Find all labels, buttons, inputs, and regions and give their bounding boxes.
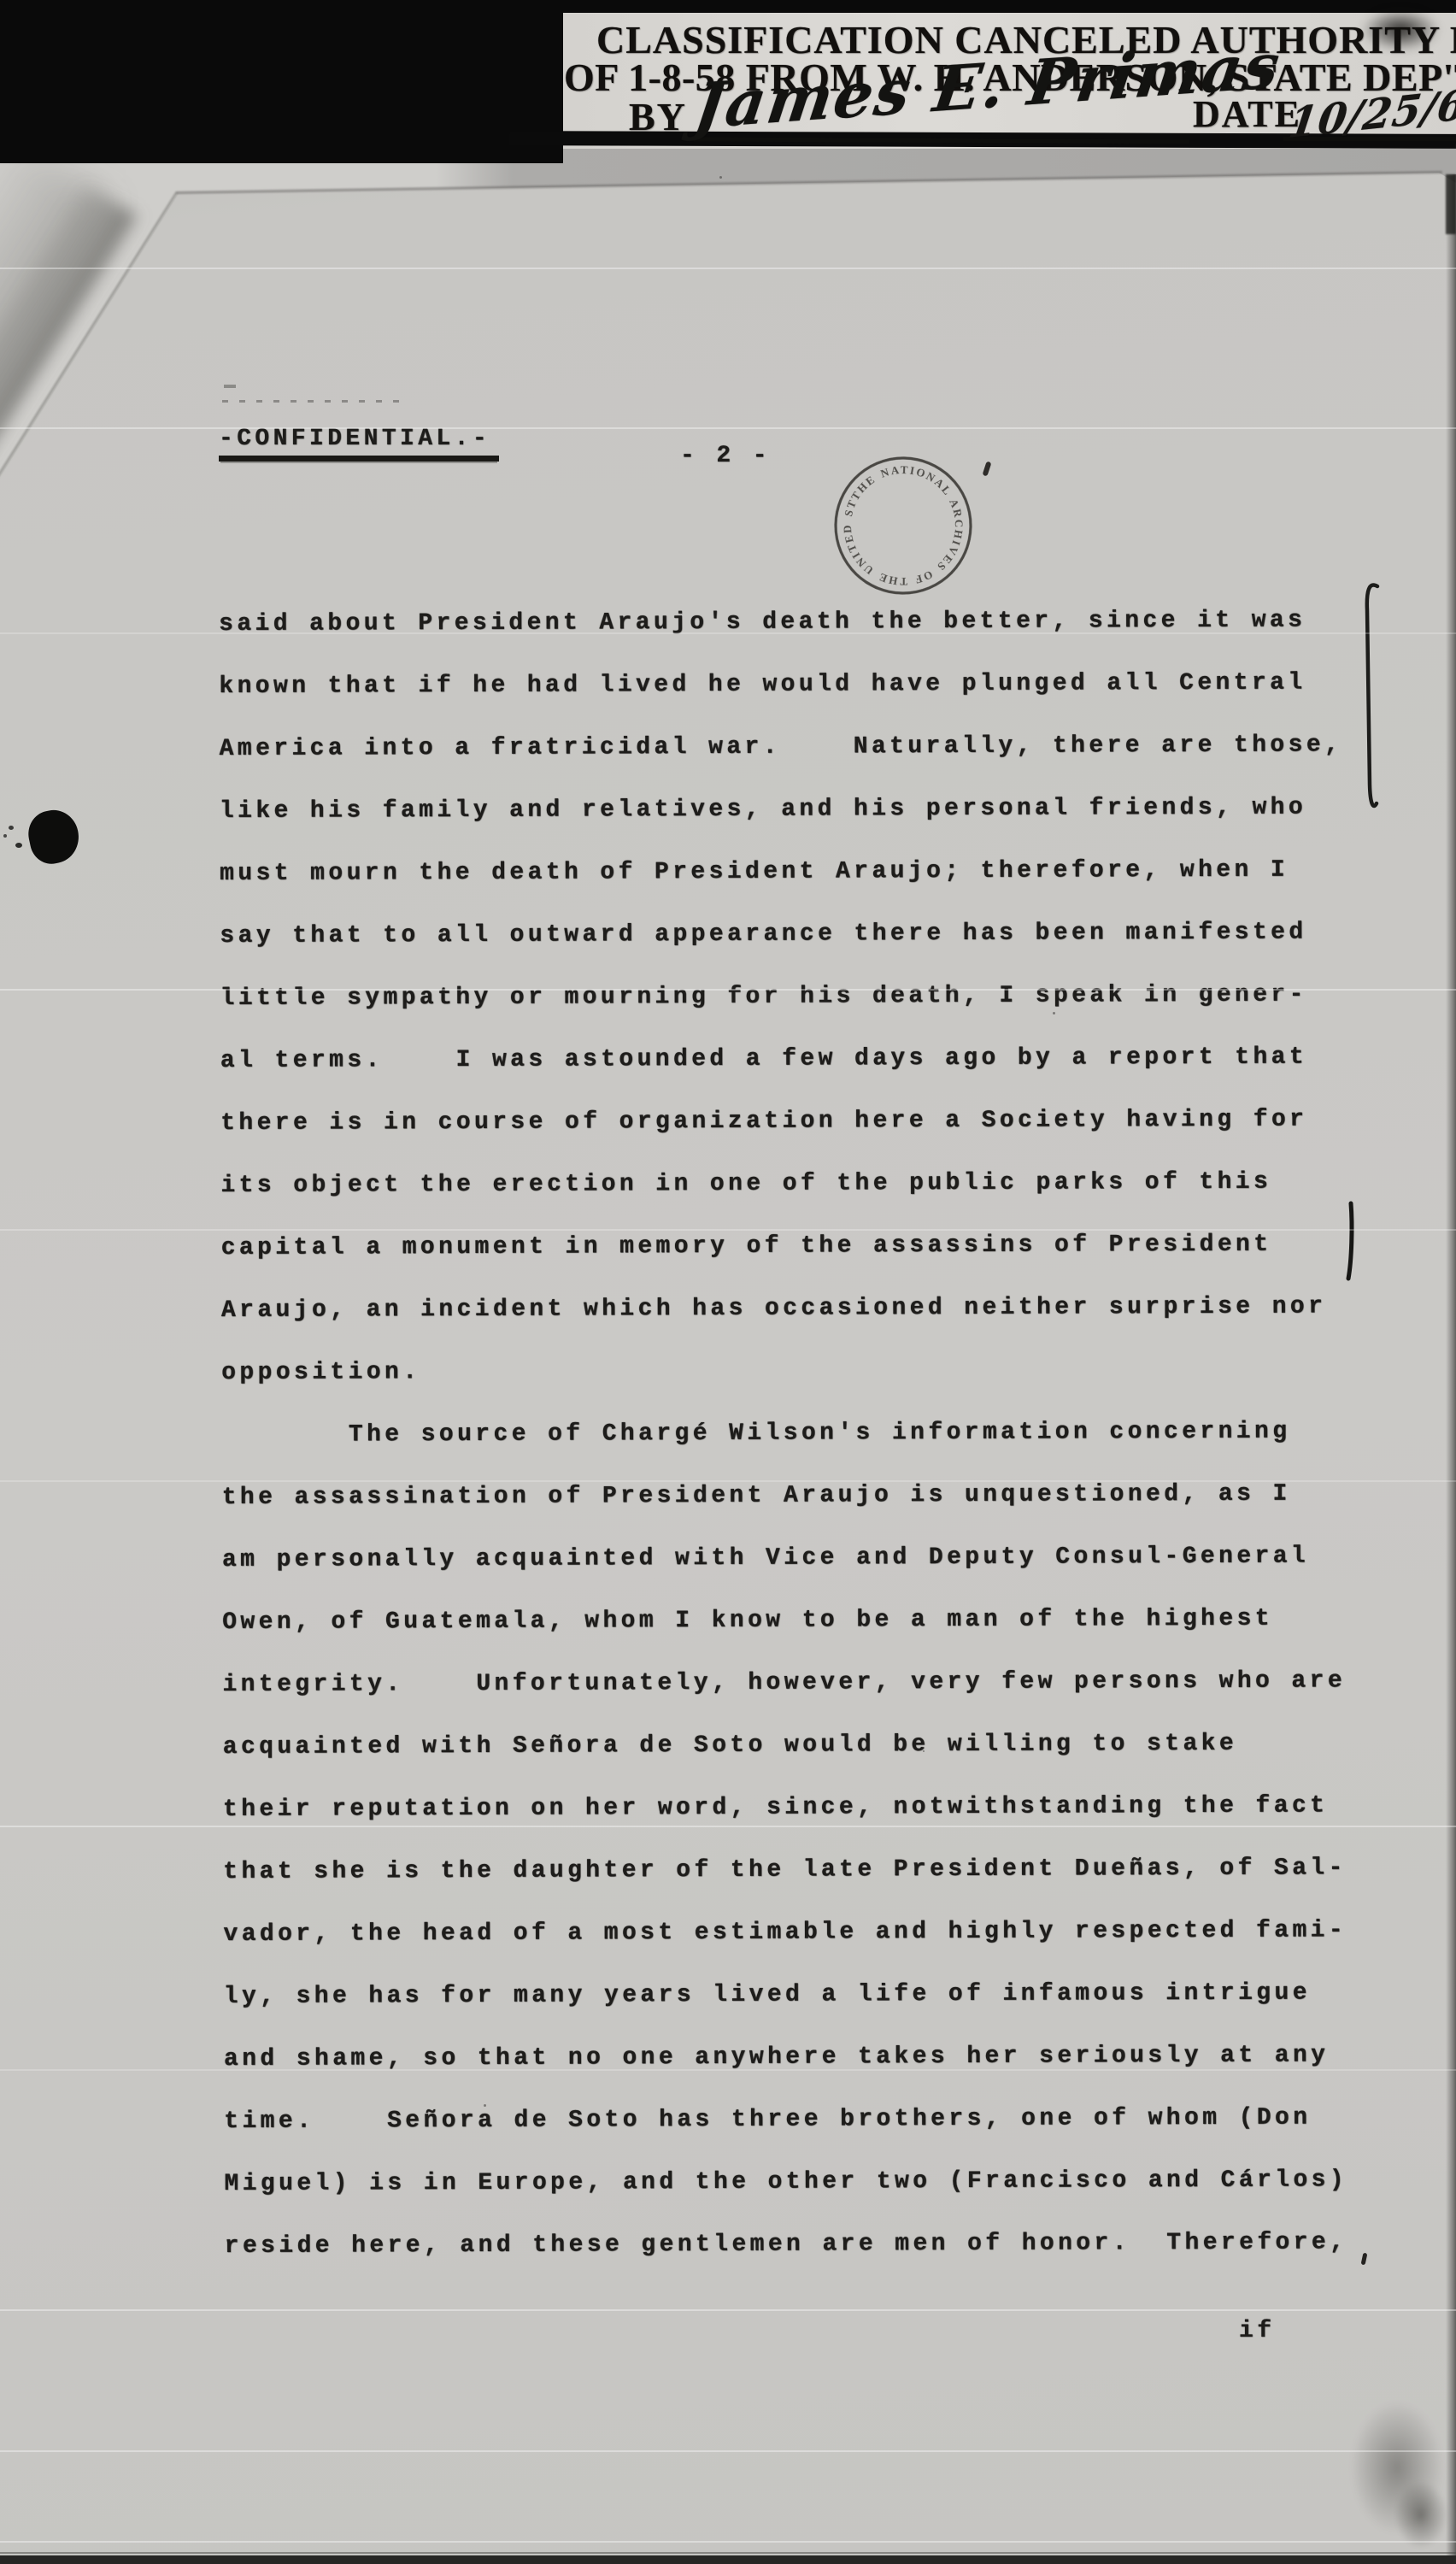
scan-bottom-edge	[0, 2555, 1456, 2564]
scan-line	[0, 2069, 1456, 2071]
dust-speck	[923, 1750, 925, 1752]
typewritten-line: its object the erection in one of the pu…	[220, 1150, 1417, 1217]
margin-pen-line-1	[1355, 579, 1384, 827]
typewritten-line: ly, she has for many years lived a life …	[224, 1961, 1420, 2028]
typewritten-line: and shame, so that no one anywhere takes…	[224, 2024, 1420, 2091]
scan-line	[0, 2541, 1456, 2543]
ink-speck	[15, 843, 22, 848]
typewritten-line: am personally acquainted with Vice and D…	[222, 1525, 1418, 1591]
dust-speck	[719, 176, 722, 179]
scanner-black-corner	[0, 0, 563, 163]
typewritten-line: the assassination of President Araujo is…	[222, 1462, 1418, 1529]
typewritten-line: say that to all outward appearance there…	[220, 901, 1416, 967]
page-right-edge-dark	[1446, 174, 1456, 234]
typewritten-line: reside here, and these gentlemen are men…	[225, 2211, 1421, 2278]
typewritten-line: Miguel) is in Europe, and the other two …	[224, 2149, 1420, 2215]
typewritten-line: Araujo, an incident which has occasioned…	[221, 1275, 1418, 1342]
typewritten-line: their reputation on her word, since, not…	[223, 1774, 1419, 1841]
faint-ghost-dots	[222, 400, 406, 403]
scan-line	[0, 268, 1456, 269]
typewritten-body: said about President Araujo's death the …	[219, 589, 1421, 2278]
scan-line	[0, 1826, 1456, 1827]
bottom-edge-line	[0, 2552, 1456, 2554]
ink-speck	[3, 834, 7, 838]
catchword: if	[1239, 2318, 1275, 2344]
scan-line	[0, 427, 1456, 429]
page-number: - 2 -	[680, 443, 771, 469]
scan-line	[0, 632, 1456, 634]
typewritten-line: opposition.	[221, 1338, 1418, 1404]
typewritten-line: must mourn the death of President Araujo…	[220, 838, 1416, 905]
typewritten-line: al terms. I was astounded a few days ago…	[220, 1026, 1417, 1092]
ink-smudge-box-corner	[1345, 0, 1456, 60]
typewritten-line: there is in course of organization here …	[220, 1088, 1417, 1155]
typewritten-line: America into a fratricidal war. Naturall…	[220, 714, 1416, 780]
scan-line	[0, 989, 1456, 991]
typewritten-line: said about President Araujo's death the …	[219, 589, 1415, 656]
typewritten-line: acquainted with Señora de Soto would be …	[223, 1712, 1419, 1779]
page-right-edge-shadow	[1446, 174, 1456, 2557]
typewritten-line: time. Señora de Soto has three brothers,…	[224, 2086, 1420, 2153]
typewritten-line: vador, the head of a most estimable and …	[223, 1899, 1419, 1966]
dust-speck	[1053, 1012, 1055, 1014]
scan-line	[0, 2309, 1456, 2311]
typewritten-line: that she is the daughter of the late Pre…	[223, 1837, 1419, 1903]
scan-line	[0, 1229, 1456, 1231]
typewritten-line: known that if he had lived he would have…	[219, 651, 1415, 718]
faint-ghost-mark	[224, 385, 236, 388]
typewritten-line: The source of Chargé Wilson's informatio…	[221, 1400, 1418, 1467]
typewritten-line: integrity. Unfortunately, however, very …	[222, 1650, 1418, 1716]
scan-line	[0, 1480, 1456, 1482]
dust-speck	[484, 2104, 486, 2107]
typewritten-line: Owen, of Guatemala, whom I know to be a …	[222, 1587, 1418, 1654]
typewritten-line: little sympathy or mourning for his deat…	[220, 963, 1417, 1030]
margin-pen-line-2	[1342, 1200, 1359, 1285]
ink-speck	[9, 826, 14, 830]
stamp-by-label: BY	[629, 94, 687, 139]
confidential-heading: -CONFIDENTIAL.-	[219, 426, 499, 462]
typewritten-line: capital a monument in memory of the assa…	[221, 1213, 1418, 1279]
scan-line	[0, 2450, 1456, 2452]
bottom-right-smudge	[1386, 2470, 1456, 2560]
scanned-document-page: CLASSIFICATION CANCELED AUTHORITY LETTER…	[0, 0, 1456, 2564]
typewritten-line: like his family and relatives, and his p…	[220, 776, 1416, 843]
